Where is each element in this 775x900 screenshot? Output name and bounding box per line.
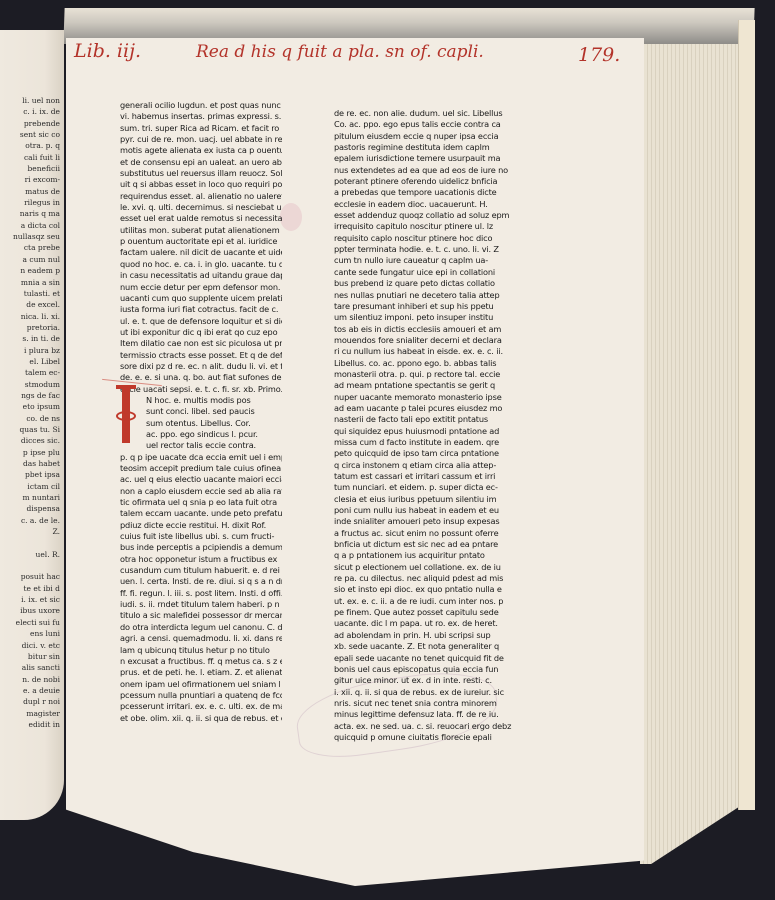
text-line: poterant ptinere oferendo uidelicz bnfic… [334,176,518,187]
text-line: nes nullas pnutiari ne decetero talia at… [334,290,518,301]
text-line: le. xvi. q. ulti. decernimus. si nescieb… [120,202,282,213]
text-line: uacanti cum quo supplente uicem prelati [120,293,282,304]
text-line: stmodum [0,378,60,389]
text-line: irrequisito capitulo noscitur ptinere ul… [334,221,518,232]
text-line: iudi. s. ii. rndet titulum talem haberi.… [120,599,282,610]
text-line: bonis uel caus episcopatus quia eccia fu… [334,664,518,675]
left-page-fragment: li. uel nonc. i. ix. deprebendesent sic … [0,30,64,820]
text-line: nris. sicut nec tenet snia contra minore… [334,698,518,709]
text-line: sunt conci. libel. sed paucis [120,406,282,417]
text-line: i plura bz [0,344,60,355]
text-line: n eadem p [0,264,60,275]
text-line: m nuntari [0,491,60,502]
text-line: q a p pntationem ius acquiritur pntato [334,550,518,561]
text-line: cali fuit li [0,151,60,162]
text-line: gitur uice minor. ut ex. d in inte. rest… [334,675,518,686]
text-line: generali ocilio lugdun. et post quas nun… [120,100,282,111]
text-line: cusandum cum titulum habuerit. e. d rei [120,565,282,576]
text-line: e. a deuie [0,684,60,695]
text-line: eccie uacati sepsi. e. t. c. fi. sr. xb.… [120,384,282,395]
text-line: sicut p electionem uel collatione. ex. d… [334,562,518,573]
text-line: ut ibi exponitur dic q ibi erat qo cuz e… [120,327,282,338]
text-column-a: generali ocilio lugdun. et post quas nun… [120,100,282,724]
text-line: electi sui fu [0,616,60,627]
text-line: magister [0,707,60,718]
text-line: clesia et eius iuribus ppetuum silentiu … [334,494,518,505]
text-line: pbet ipsa [0,468,60,479]
text-line: a cum nul [0,253,60,264]
text-line: uit q si abbas esset in loco quo requiri… [120,179,282,190]
text-line: utilitas mon. suberat putat alienationem [120,225,282,236]
text-line: a fructus ac. sicut enim no possunt ofer… [334,528,518,539]
binding-edge [738,20,755,810]
text-line: do otra interdicta legum uel canonu. C. … [120,622,282,633]
text-line: motis agete alienata ex iusta ca p ouent… [120,145,282,156]
text-line: acta. ex. ne sed. ua. c. si. reuocari er… [334,721,518,732]
text-line: co. de ns [0,412,60,423]
text-line: tos ab eis in dictis ecclesiis amoueri e… [334,324,518,335]
text-line: bus prebend iz quare peto dictas collati… [334,278,518,289]
text-line: non a caplo eiusdem eccie sed ab alia ra… [120,486,282,497]
text-line: p ouentum auctoritate epi et al. iuridic… [120,236,282,247]
text-line: ul. e. t. que de defensore loquitur et s… [120,316,282,327]
text-line: dicces sic. [0,434,60,445]
text-line: peto quicquid de ipso tam circa pntation… [334,448,518,459]
text-line: um silentiuz imponi. peto insuper instit… [334,312,518,323]
text-line: tum nunciari. et eidem. p. super dicta e… [334,482,518,493]
text-line: s. in ti. de [0,332,60,343]
text-line: sore dixi pz d re. ec. n alit. dudu li. … [120,361,282,372]
text-line: n excusat a fructibus. ff. q metus ca. s… [120,656,282,667]
rubricated-initial-i [116,385,140,445]
text-line: esset uel erat ualde remotus si necessit… [120,213,282,224]
text-line: nullasqz seu [0,230,60,241]
text-line: N hoc. e. multis modis pos [120,395,282,406]
text-line: cante sede fungatur uice epi in collatio… [334,267,518,278]
text-line: ens luni [0,627,60,638]
text-line: ff. fi. regun. l. iii. s. post litem. In… [120,588,282,599]
text-line: uacante. dic l m papa. ut ro. ex. de her… [334,618,518,629]
text-line: lam q ubicunq titulus hetur p no titulo [120,645,282,656]
text-line: ibus uxore [0,604,60,615]
text-line: p ipse plu [0,446,60,457]
text-line: sio et insto epi dioc. ex quo pntatio nu… [334,584,518,595]
text-line: ut. ex. e. c. ii. a de re iudi. cum inte… [334,596,518,607]
text-line: tulasti. et [0,287,60,298]
running-title: Rea d his q fuit a pla. sn of. capli. [196,42,484,62]
text-line: num eccie detur per epm defensor mon. [120,282,282,293]
text-line: dici. v. etc [0,639,60,650]
text-line: qui siquidez epus huiusmodi pntatione ad [334,426,518,437]
folio-number: 179. [578,44,620,66]
text-line: a prebedas que tempore uacationis dicte [334,187,518,198]
text-line: cta prebe [0,241,60,252]
text-line: teosim accepit predium tale cuius ofinea [120,463,282,474]
text-line: a dicta col [0,219,60,230]
text-line: bitur sin [0,650,60,661]
text-line: requisito caplo noscitur ptinere hoc dic… [334,233,518,244]
text-line: uen. l. certa. Insti. de re. diui. si q … [120,576,282,587]
text-line: pdiuz dicte eccie restitui. H. dixit Rof… [120,520,282,531]
text-line: te et ibi d [0,582,60,593]
text-line: nuper uacante memorato monasterio ipse [334,392,518,403]
text-line: beneficii [0,162,60,173]
text-line: pastoris regimine destituta idem caplm [334,142,518,153]
text-line: missa cum d facto institute in eadem. qr… [334,437,518,448]
text-line: ac. uel q eius electio uacante maiori ec… [120,474,282,485]
text-line: tic ofirmata uel q snia p eo lata fuit o… [120,497,282,508]
text-line: Libellus. co. ac. ppono ego. b. abbas ta… [334,358,518,369]
text-line [0,559,60,570]
text-line: onem ipam uel ofirmationem uel sniam l [120,679,282,690]
text-line: pe finem. Que autez posset capitulu sede [334,607,518,618]
text-line: c. a. de le. [0,514,60,525]
text-line: epali sede uacante no tenet quicquid fit… [334,653,518,664]
text-line: titulo a sic malefidei possessor dr merc… [120,610,282,621]
text-line: otra. p. q [0,139,60,150]
text-line: ecclesie in eadem dioc. uacauerunt. H. [334,199,518,210]
text-line: inde snialiter amoueri peto insup expesa… [334,516,518,527]
text-line: ngs de fac [0,389,60,400]
text-line: eto ipsum [0,400,60,411]
text-line: et de consensu epi an ualeat. an uero ab… [120,157,282,168]
text-line: ac. ppo. ego sindicus l. pcur. [120,429,282,440]
text-line: p. q p ipe uacate dca eccia emit uel i e… [120,452,282,463]
text-line: tatum est cassari et irritari cassum et … [334,471,518,482]
text-line: otra hoc opponetur istum a fructibus ex [120,554,282,565]
text-line: quas tu. Si [0,423,60,434]
text-line: das habet [0,457,60,468]
text-line: ppter terminata hodie. e. t. c. uno. li.… [334,244,518,255]
left-page-text-column: li. uel nonc. i. ix. deprebendesent sic … [0,94,60,729]
text-line [0,536,60,547]
text-line: sum. tri. super Rica ad Ricam. et facit … [120,123,282,134]
text-line: talem eccam uacante. unde peto prefatu z [120,508,282,519]
text-line: requirendus esset. al. alienatio no uale… [120,191,282,202]
text-line: posuit hac [0,570,60,581]
text-line: ad meam pntatione spectantis se gerit q [334,380,518,391]
text-line: de. e. e. si una. q. bo. aut fiat sufone… [120,372,282,383]
text-line: ri excom- [0,173,60,184]
text-line: nasterii de facto tali epo extitit pntat… [334,414,518,425]
text-line: tare presumant inhiberi et sup his ppetu [334,301,518,312]
text-line: bnficia ut dictum est sic nec ad ea pnta… [334,539,518,550]
text-line: factam ualere. nil dicit de uacante et u… [120,247,282,258]
text-line: Item dilatio cae non est sic piculosa ut… [120,338,282,349]
text-line: n. de nobi [0,673,60,684]
text-line: quicquid p omune ciuitatis florecie epal… [334,732,518,743]
text-line: substitutus uel reuersus illam reuocz. S… [120,168,282,179]
pink-stain [280,203,302,231]
running-head: Lib. iij. Rea d his q fuit a pla. sn of.… [66,38,644,78]
text-line: re pa. cu dilectus. nec aliquid pdest ad… [334,573,518,584]
text-line: vi. habemus insertas. primas expressi. s… [120,111,282,122]
text-line: et obe. olim. xii. q. ii. si qua de rebu… [120,713,282,724]
text-line: el. Libel [0,355,60,366]
text-line: uel. R. [0,548,60,559]
text-line: talem ec- [0,366,60,377]
page-fore-edge [640,44,752,864]
text-line: termissio ctracts esse posset. Et q de d… [120,350,282,361]
text-line: in casu necessitatis ad uitandu graue da… [120,270,282,281]
text-line: edidit in [0,718,60,729]
text-line: c. i. ix. de [0,105,60,116]
text-line: mouendos fore snialiter decerni et decla… [334,335,518,346]
text-line: ictam cil [0,480,60,491]
text-line: ad abolendam in prin. H. ubi scripsi sup [334,630,518,641]
text-line: prebende [0,117,60,128]
text-line: pcesserunt irritari. ex. e. c. ulti. ex.… [120,701,282,712]
text-column-b: de re. ec. non alie. dudum. uel sic. Lib… [334,108,518,743]
text-line: uel rector talis eccie contra. [120,440,282,451]
text-line: dispensa [0,502,60,513]
text-line: esset addenduz quoqz collatio ad soluz e… [334,210,518,221]
text-line: xb. sede uacante. Z. Et nota generaliter… [334,641,518,652]
text-line: quod no hoc. e. ca. i. in glo. uacante. … [120,259,282,270]
text-line: Z. [0,525,60,536]
text-line: matus de [0,185,60,196]
text-line: poni cum nullu ius habeat in eadem et eu [334,505,518,516]
text-line: pcessum nulla pnuntiari a quatenq de fco [120,690,282,701]
text-line: agri. a censi. quemadmodu. li. xi. dans … [120,633,282,644]
text-line: cuius fuit iste libellus ubi. s. cum fru… [120,531,282,542]
text-line: i. ix. et sic [0,593,60,604]
text-line: sent sic co [0,128,60,139]
text-line: nica. li. xi. [0,310,60,321]
text-line: epalem iurisdictione temere usurpauit ma [334,153,518,164]
text-line: rilegus in [0,196,60,207]
right-page: Lib. iij. Rea d his q fuit a pla. sn of.… [66,38,644,886]
text-line: alis sancti [0,661,60,672]
text-line: ad eam uacante p talei pcures eiusdez mo [334,403,518,414]
text-line: bus inde perceptis a pcipiendis a demum [120,542,282,553]
text-line: pretoria. [0,321,60,332]
text-line: dupl r noi [0,695,60,706]
text-line: Co. ac. ppo. ego epus talis eccie contra… [334,119,518,130]
text-line: monasterii otra. p. qui. p rectore tal. … [334,369,518,380]
text-line: pyr. cui de re. mon. uacj. uel abbate in… [120,134,282,145]
text-line: de excel. [0,298,60,309]
book-number: Lib. iij. [74,40,141,62]
text-line: ri cu nullum ius habeat in eisde. ex. e.… [334,346,518,357]
text-line: naris q ma [0,207,60,218]
text-line: i. xii. q. ii. si qua de rebus. ex de iu… [334,687,518,698]
text-line: sum otentus. Libellus. Cor. [120,418,282,429]
text-line: iusta forma iuri fiat cotractus. facit d… [120,304,282,315]
text-line: de re. ec. non alie. dudum. uel sic. Lib… [334,108,518,119]
text-line: prus. et de peti. he. l. etiam. Z. et al… [120,667,282,678]
text-line: q circa instonem q etiam circa alia atte… [334,460,518,471]
text-line: pitulum eiusdem eccie q nuper ipsa eccia [334,131,518,142]
text-line: nus extendetes ad ea que ad eos de iure … [334,165,518,176]
text-line: li. uel non [0,94,60,105]
text-line: mnia a sin [0,276,60,287]
text-line: minus legittime defensuz lata. ff. de re… [334,709,518,720]
text-line: cum tn nullo iure caueatur q caplm ua- [334,255,518,266]
